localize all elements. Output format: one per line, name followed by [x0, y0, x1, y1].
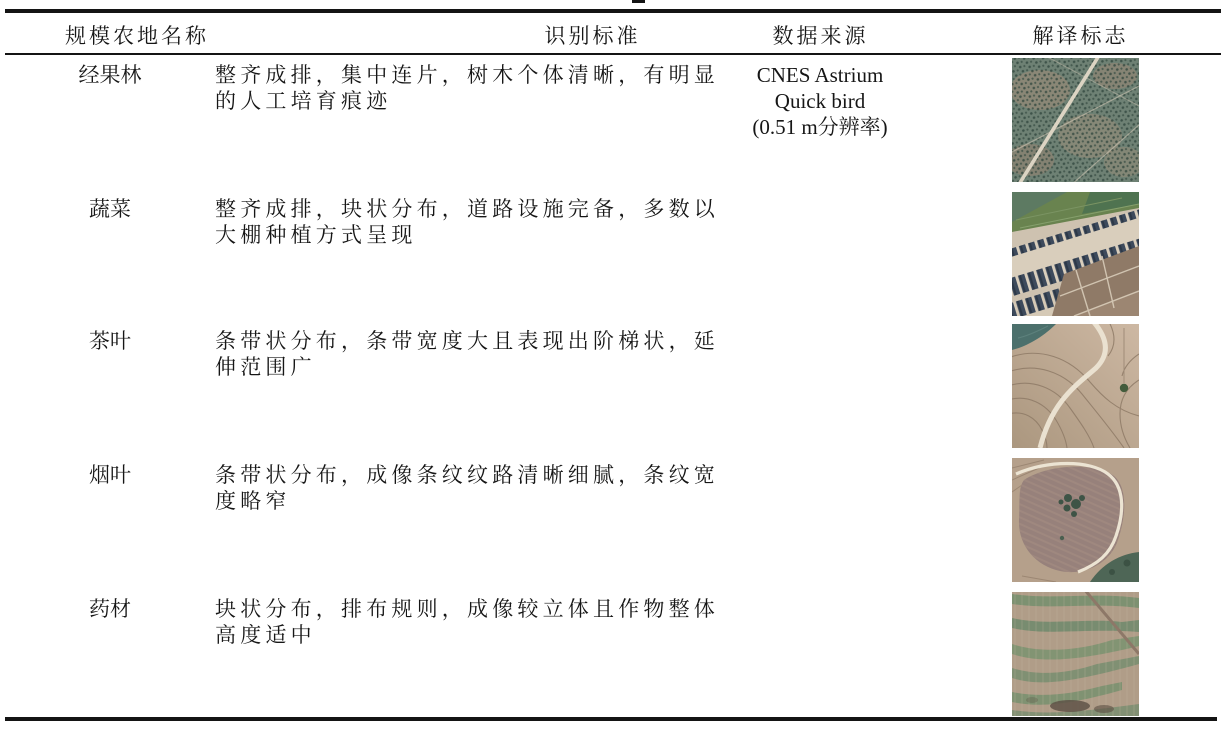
farmland-name-label: 蔬菜 — [30, 196, 190, 222]
tea-terrace-satellite-image — [1012, 324, 1139, 448]
table-top-rule — [5, 9, 1221, 13]
header-bottom-rule — [5, 53, 1221, 55]
source-line-2: Quick bird — [722, 88, 918, 114]
criteria-line-1: 整齐成排，块状分布，道路设施完备，多数以 — [215, 196, 771, 222]
criteria-text: 块状分布，排布规则，成像较立体且作物整体 高度适中 — [215, 596, 771, 648]
source-line-3: (0.51 m分辨率) — [722, 114, 918, 140]
farmland-name-label: 烟叶 — [30, 462, 190, 488]
herb-field-satellite-image — [1012, 592, 1139, 716]
data-source-text: CNES Astrium Quick bird (0.51 m分辨率) — [722, 62, 918, 140]
criteria-line-2: 高度适中 — [215, 622, 771, 648]
farmland-name-label: 经果林 — [30, 62, 190, 88]
criteria-line-2: 的人工培育痕迹 — [215, 88, 771, 114]
farmland-name-label: 茶叶 — [30, 328, 190, 354]
criteria-line-2: 大棚种植方式呈现 — [215, 222, 771, 248]
criteria-line-1: 整齐成排，集中连片，树木个体清晰，有明显 — [215, 62, 771, 88]
criteria-text: 条带状分布，条带宽度大且表现出阶梯状，延 伸范围广 — [215, 328, 771, 380]
tobacco-field-satellite-image — [1012, 458, 1139, 582]
column-header-interpretation: 解译标志 — [998, 23, 1163, 50]
column-header-name: 规模农地名称 — [47, 23, 227, 50]
criteria-line-1: 条带状分布，条带宽度大且表现出阶梯状，延 — [215, 328, 771, 354]
orchard-satellite-image — [1012, 58, 1139, 182]
paper-table: 规模农地名称 识别标准 数据来源 解译标志 经果林 整齐成排，集中连片，树木个体… — [0, 0, 1232, 744]
vegetable-greenhouse-satellite-image — [1012, 192, 1139, 316]
criteria-line-2: 度略窄 — [215, 488, 771, 514]
criteria-line-1: 块状分布，排布规则，成像较立体且作物整体 — [215, 596, 771, 622]
caption-stub-mark — [632, 0, 645, 3]
criteria-line-1: 条带状分布，成像条纹纹路清晰细腻，条纹宽 — [215, 462, 771, 488]
source-line-1: CNES Astrium — [722, 62, 918, 88]
criteria-text: 整齐成排，集中连片，树木个体清晰，有明显 的人工培育痕迹 — [215, 62, 771, 114]
column-header-source: 数据来源 — [738, 23, 903, 50]
column-header-criteria: 识别标准 — [510, 23, 675, 50]
criteria-text: 整齐成排，块状分布，道路设施完备，多数以 大棚种植方式呈现 — [215, 196, 771, 248]
criteria-text: 条带状分布，成像条纹纹路清晰细腻，条纹宽 度略窄 — [215, 462, 771, 514]
farmland-name-label: 药材 — [30, 596, 190, 622]
criteria-line-2: 伸范围广 — [215, 354, 771, 380]
